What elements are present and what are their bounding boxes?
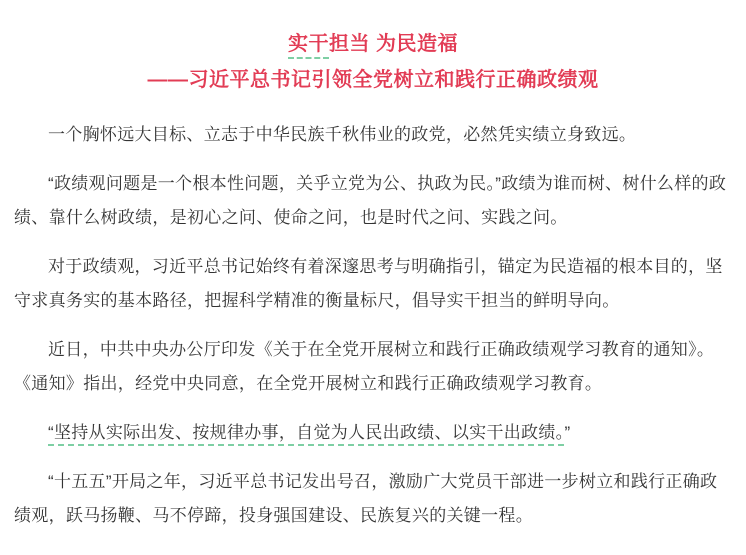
paragraph-4: 近日，中共中央办公厅印发《关于在全党开展树立和践行正确政绩观学习教育的通知》。《… <box>14 333 732 401</box>
paragraph-6: “十五五”开局之年，习近平总书记发出号召，激励广大党员干部进一步树立和践行正确政… <box>14 465 732 533</box>
title-rest-text: 担当 为民造福 <box>329 33 458 55</box>
paragraph-5-quote: “坚持从实际出发、按规律办事，自觉为人民出政绩、以实干出政绩。” <box>14 416 732 450</box>
paragraph-3: 对于政绩观，习近平总书记始终有着深邃思考与明确指引，锚定为民造福的根本目的，坚守… <box>14 250 732 318</box>
article-title: 实干担当 为民造福 <box>14 30 732 58</box>
title-underlined-text: 实干 <box>288 33 329 59</box>
quote-closing-mark: ” <box>564 423 570 442</box>
article-page: 实干担当 为民造福 ——习近平总书记引领全党树立和践行正确政绩观 一个胸怀远大目… <box>0 0 746 555</box>
paragraph-1: 一个胸怀远大目标、立志于中华民族千秋伟业的政党，必然凭实绩立身致远。 <box>14 118 732 152</box>
article-subtitle: ——习近平总书记引领全党树立和践行正确政绩观 <box>14 66 732 94</box>
paragraph-2: “政绩观问题是一个根本性问题，关乎立党为公、执政为民。”政绩为谁而树、树什么样的… <box>14 167 732 235</box>
quote-underlined-text: “坚持从实际出发、按规律办事，自觉为人民出政绩、以实干出政绩。 <box>48 423 564 446</box>
